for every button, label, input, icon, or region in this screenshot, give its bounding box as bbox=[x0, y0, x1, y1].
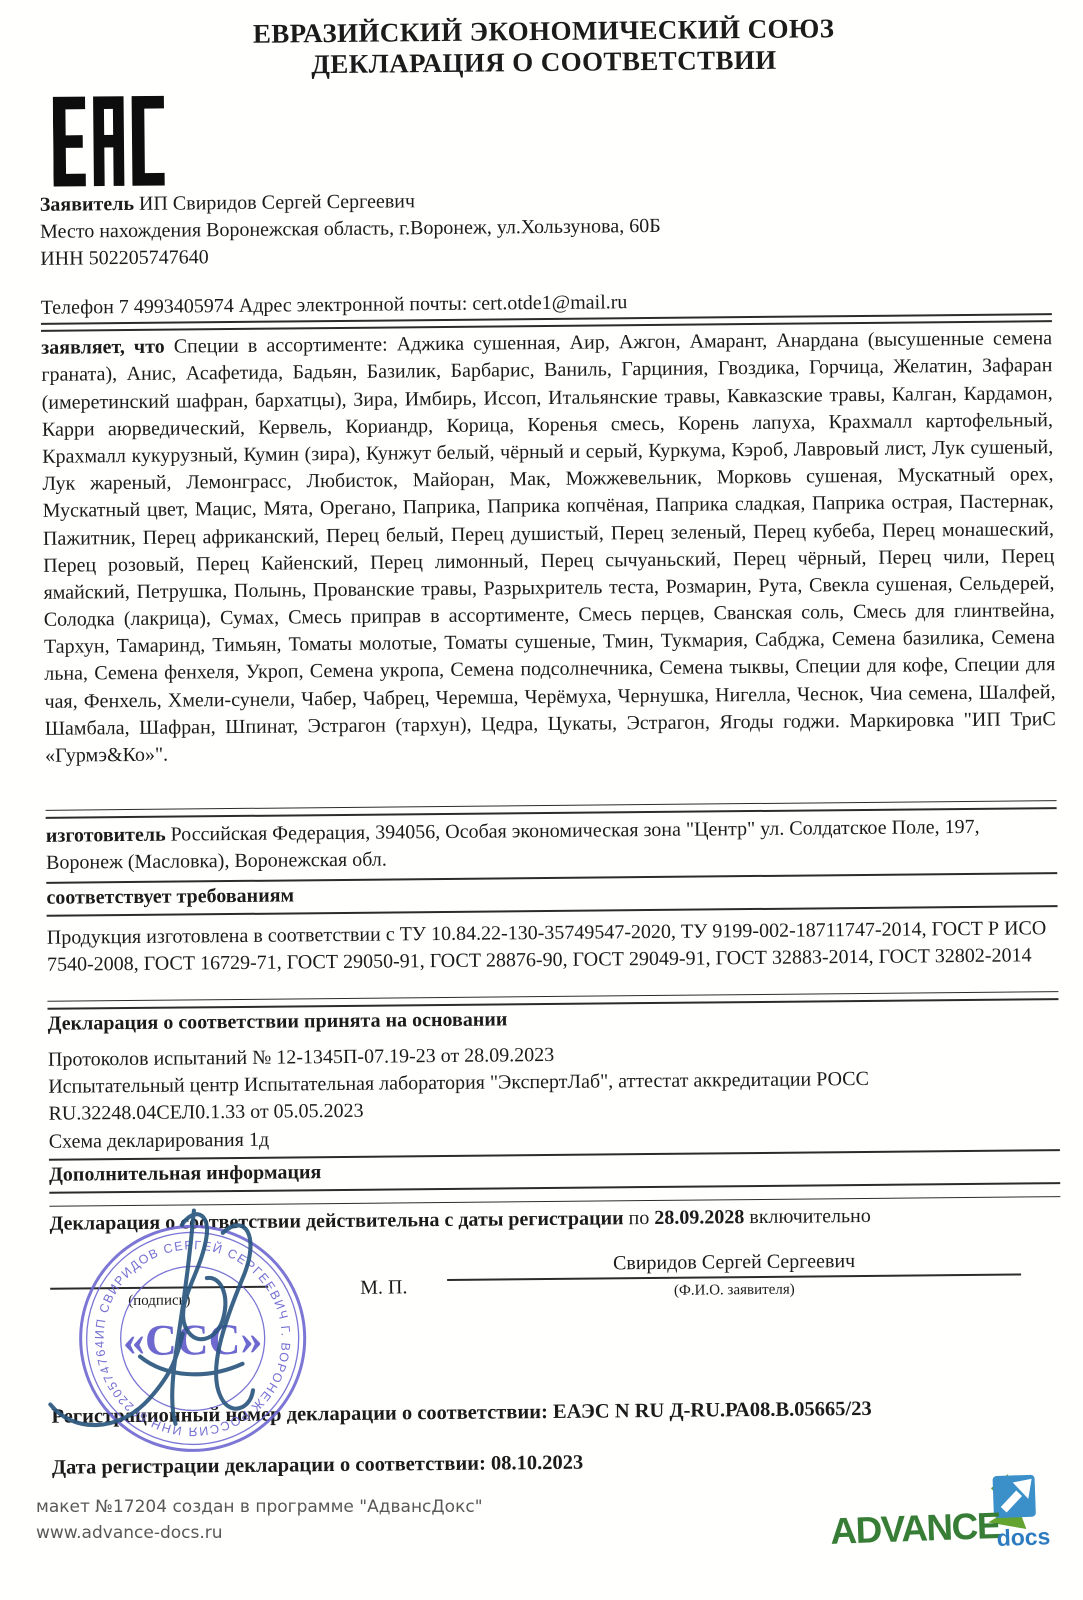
document-body: ЕВРАЗИЙСКИЙ ЭКОНОМИЧЕСКИЙ СОЮЗ ДЕКЛАРАЦИ… bbox=[38, 11, 1063, 1480]
declaration-document-page: ЕВРАЗИЙСКИЙ ЭКОНОМИЧЕСКИЙ СОЮЗ ДЕКЛАРАЦИ… bbox=[0, 0, 1083, 1600]
applicant-block: Заявитель ИП Свиридов Сергей Сергеевич М… bbox=[40, 182, 1052, 273]
footer: макет №17204 создан в программе "АдвансД… bbox=[36, 1474, 1053, 1566]
logo-docs-text: docs bbox=[996, 1523, 1051, 1551]
product-declaration: заявляет, что Специи в ассортименте: Адж… bbox=[41, 325, 1056, 770]
footer-credits: макет №17204 создан в программе "АдвансД… bbox=[36, 1494, 483, 1547]
validity-incl: включительно bbox=[749, 1205, 871, 1228]
compliance-text: Продукция изготовлена в соответствии с Т… bbox=[47, 915, 1058, 979]
document-title: ЕВРАЗИЙСКИЙ ЭКОНОМИЧЕСКИЙ СОЮЗ ДЕКЛАРАЦИ… bbox=[38, 11, 1050, 83]
advance-docs-logo: ADVANCE docs bbox=[826, 1470, 1054, 1570]
validity-date: 28.09.2028 bbox=[654, 1206, 744, 1229]
manufacturer-text: Российская Федерация, 394056, Особая эко… bbox=[46, 816, 980, 874]
footer-site-url: www.advance-docs.ru bbox=[36, 1520, 483, 1546]
signature-block: (подпись) М. П. Свиридов Сергей Сергееви… bbox=[50, 1242, 1062, 1364]
manufacturer-label: изготовитель bbox=[46, 824, 166, 847]
basis-lab: Испытательный центр Испытательная лабора… bbox=[48, 1064, 1059, 1128]
fio-caption: (Ф.И.О. заявителя) bbox=[447, 1279, 1021, 1302]
product-text: Специи в ассортименте: Аджика сушенная, … bbox=[41, 327, 1056, 766]
fio-line-area: Свиридов Сергей Сергеевич (Ф.И.О. заявит… bbox=[447, 1242, 1021, 1302]
manufacturer-block: изготовитель Российская Федерация, 39405… bbox=[46, 813, 1057, 877]
logo-advance-text: ADVANCE bbox=[830, 1505, 1002, 1552]
applicant-name: ИП Свиридов Сергей Сергеевич bbox=[139, 190, 415, 215]
handwritten-signature bbox=[39, 1201, 309, 1460]
declares-label: заявляет, что bbox=[41, 336, 165, 359]
applicant-label: Заявитель bbox=[40, 193, 134, 216]
footer-template-note: макет №17204 создан в программе "АдвансД… bbox=[36, 1494, 483, 1520]
validity-po: по bbox=[629, 1207, 650, 1229]
stamp-place-label: М. П. bbox=[360, 1276, 407, 1299]
eac-mark-icon bbox=[53, 94, 166, 187]
applicant-fio: Свиридов Сергей Сергеевич bbox=[447, 1248, 1021, 1277]
